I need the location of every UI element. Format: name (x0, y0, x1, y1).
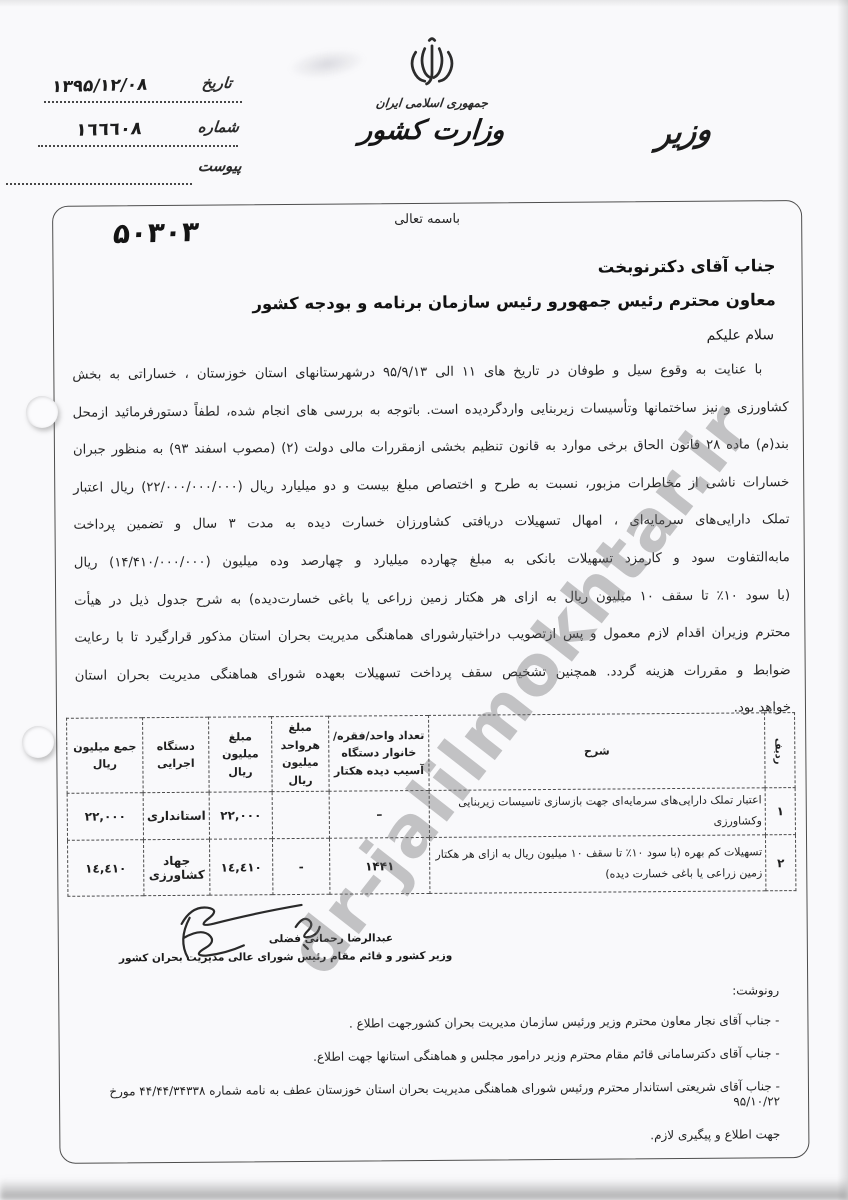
number-label: شماره (197, 118, 240, 136)
cc-item: - جناب آقای شریعتی استاندار محترم ورئیس … (76, 1079, 780, 1115)
agency-cell: جهاد کشاورزی (144, 839, 210, 896)
letter-body: با عنایت به وقوع سیل و طوفان در تاریخ ها… (72, 351, 791, 733)
description-cell: تسهیلات کم بهره (با سود ۱۰٪ تا سقف ۱۰ می… (429, 835, 765, 894)
agency-cell: استانداری (143, 793, 209, 840)
row-number-cell: ۲ (765, 835, 795, 891)
amount-cell: ١٤,٤١٠ (210, 839, 273, 895)
scan-edge-top (0, 0, 848, 7)
date-value: ۱۳۹۵/۱۲/۰۸ (50, 75, 148, 97)
body-line: با عنایت به وقوع سیل و طوفان در تاریخ ها… (72, 351, 788, 394)
description-cell: اعتبار تملک دارایی‌های سرمایه‌ای جهت باز… (429, 788, 765, 837)
hole-punch-top (26, 396, 58, 428)
col-header-per-unit: مبلغ هرواحد میلیون ریال (272, 716, 330, 792)
signature-block: عبدالرضا رحمانی فضلی وزیر کشور و قائم مق… (113, 892, 434, 990)
body-line: مابه‌التفاوت سود و کارمزد تسهیلات بانکی … (74, 539, 790, 582)
col-header-row-number: ردیف (765, 713, 796, 789)
scanned-letter-page: تاریخ ۱۳۹۵/۱۲/۰۸ شماره ١٦٦٦٠٨ پیوست جمهو… (0, 0, 848, 1200)
col-header-total: جمع میلیون ریال (67, 718, 144, 794)
body-line: (با سود ۱۰٪ تا سقف ۱۰ میلیون ریال به ازا… (74, 577, 790, 620)
number-dotted-line (38, 145, 238, 147)
scan-edge-right (837, 0, 848, 1200)
handwritten-registry-number: ۵۰۳۰۳ (112, 215, 200, 250)
cc-item: - جناب آقای دکترسامانی قائم مقام محترم و… (76, 1046, 780, 1067)
signer-name: عبدالرضا رحمانی فضلی (269, 932, 393, 945)
table-row: ۲ تسهیلات کم بهره (با سود ۱۰٪ تا سقف ۱۰ … (68, 835, 796, 897)
signer-title: وزیر کشور و قائم مقام رئیس شورای عالی مد… (119, 950, 452, 965)
number-value: ١٦٦٦٠٨ (74, 118, 143, 141)
body-line: محترم وزیران اقدام لازم معمول و پس ازتصو… (74, 614, 790, 657)
body-line: ضوابط و مقررات هزینه گردد. همچنین تشخیص … (75, 652, 791, 695)
letterhead-center: جمهوری اسلامی ایران وزارت کشور (350, 34, 514, 146)
recipient-title: معاون محترم رئیس جمهورو رئیس سازمان برنا… (252, 290, 775, 313)
attachment-dotted-line (6, 183, 192, 185)
col-header-count: تعداد واحد/فقره/خانوار دستگاه آسیب دیده … (329, 715, 430, 791)
body-line: بند(م) ماده ۲۸ قانون الحاق برخی موارد به… (73, 426, 789, 469)
minister-script-title: وزیر (655, 111, 713, 152)
aid-allocation-table: ردیف شرح تعداد واحد/فقره/خانوار دستگاه آ… (66, 712, 796, 897)
attachment-label: پیوست (197, 157, 243, 175)
amount-cell: ٢٢,٠٠٠ (209, 792, 272, 839)
col-header-amount: مبلغ میلیون ریال (209, 717, 273, 793)
date-dotted-line (44, 101, 242, 103)
total-cell: ١٤,٤١٠ (68, 840, 144, 897)
per-unit-cell (272, 792, 329, 839)
count-cell: – (329, 791, 429, 839)
salutation: سلام علیکم (707, 327, 775, 344)
count-cell: ۱۴۴۱ (329, 838, 429, 895)
body-line: کشاورزی و نیز ساختمانها وتأسیسات زیربنای… (73, 389, 789, 432)
body-line: تملک دارایی‌های سرمایه‌ای ، امهال تسهیلا… (73, 501, 789, 544)
date-label: تاریخ (201, 74, 233, 92)
cc-item: - جناب آقای نجار معاون محترم وزیر ورئیس … (75, 1013, 779, 1034)
col-header-agency: دستگاه اجرایی (143, 717, 210, 793)
table-header-row: ردیف شرح تعداد واحد/فقره/خانوار دستگاه آ… (67, 713, 796, 794)
republic-title: جمهوری اسلامی ایران (349, 96, 514, 110)
ministry-title: وزارت کشور (349, 115, 516, 146)
cc-item: جهت اطلاع و پیگیری لازم. (76, 1127, 780, 1148)
row-number-cell: ۱ (765, 788, 795, 835)
per-unit-cell: - (273, 838, 330, 894)
col-header-description: شرح (429, 713, 766, 791)
table-row: ۱ اعتبار تملک دارایی‌های سرمایه‌ای جهت ب… (67, 788, 795, 840)
body-line: خسارات ناشی از مخاطرات مزبور، نسبت به طر… (73, 464, 789, 507)
cc-section: رونوشت: - جناب آقای نجار معاون محترم وزی… (75, 983, 780, 1166)
iran-emblem-icon (403, 34, 461, 94)
hole-punch-bottom (22, 726, 54, 758)
letter-border-box: باسمه تعالی ۵۰۳۰۳ جناب آقای دکترنوبخت مع… (52, 200, 810, 1164)
total-cell: ٢٢,٠٠٠ (67, 793, 143, 840)
recipient-name: جناب آقای دکترنوبخت (598, 256, 776, 276)
scan-edge-bottom (0, 1179, 848, 1200)
